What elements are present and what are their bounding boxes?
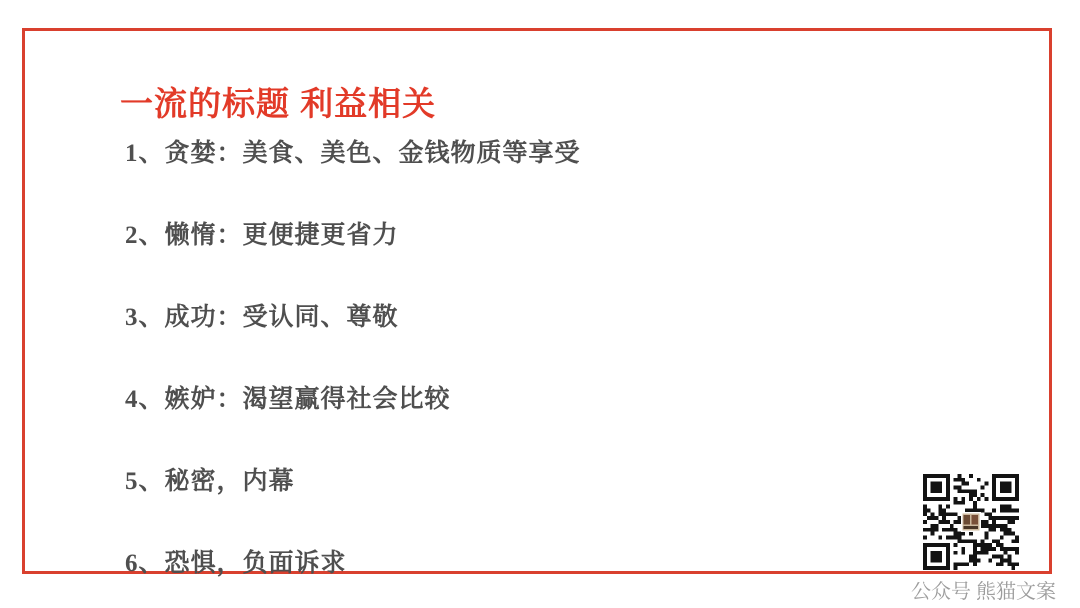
- list-item: 3、成功：受认同、尊敬: [125, 303, 581, 333]
- list-item: 5、秘密，内幕: [125, 467, 581, 497]
- benefit-list: 1、贪婪：美食、美色、金钱物质等享受 2、懒惰：更便捷更省力 3、成功：受认同、…: [125, 139, 581, 579]
- slide-frame: 一流的标题 利益相关 1、贪婪：美食、美色、金钱物质等享受 2、懒惰：更便捷更省…: [22, 28, 1052, 574]
- qr-code-icon: [923, 474, 1019, 570]
- list-item: 1、贪婪：美食、美色、金钱物质等享受: [125, 139, 581, 169]
- qr-caption: 公众号 熊猫文案: [911, 580, 1071, 604]
- list-item: 4、嫉妒：渴望赢得社会比较: [125, 385, 581, 415]
- page-title: 一流的标题 利益相关: [120, 85, 436, 123]
- list-item: 2、懒惰：更便捷更省力: [125, 221, 581, 251]
- list-item: 6、恐惧，负面诉求: [125, 549, 581, 579]
